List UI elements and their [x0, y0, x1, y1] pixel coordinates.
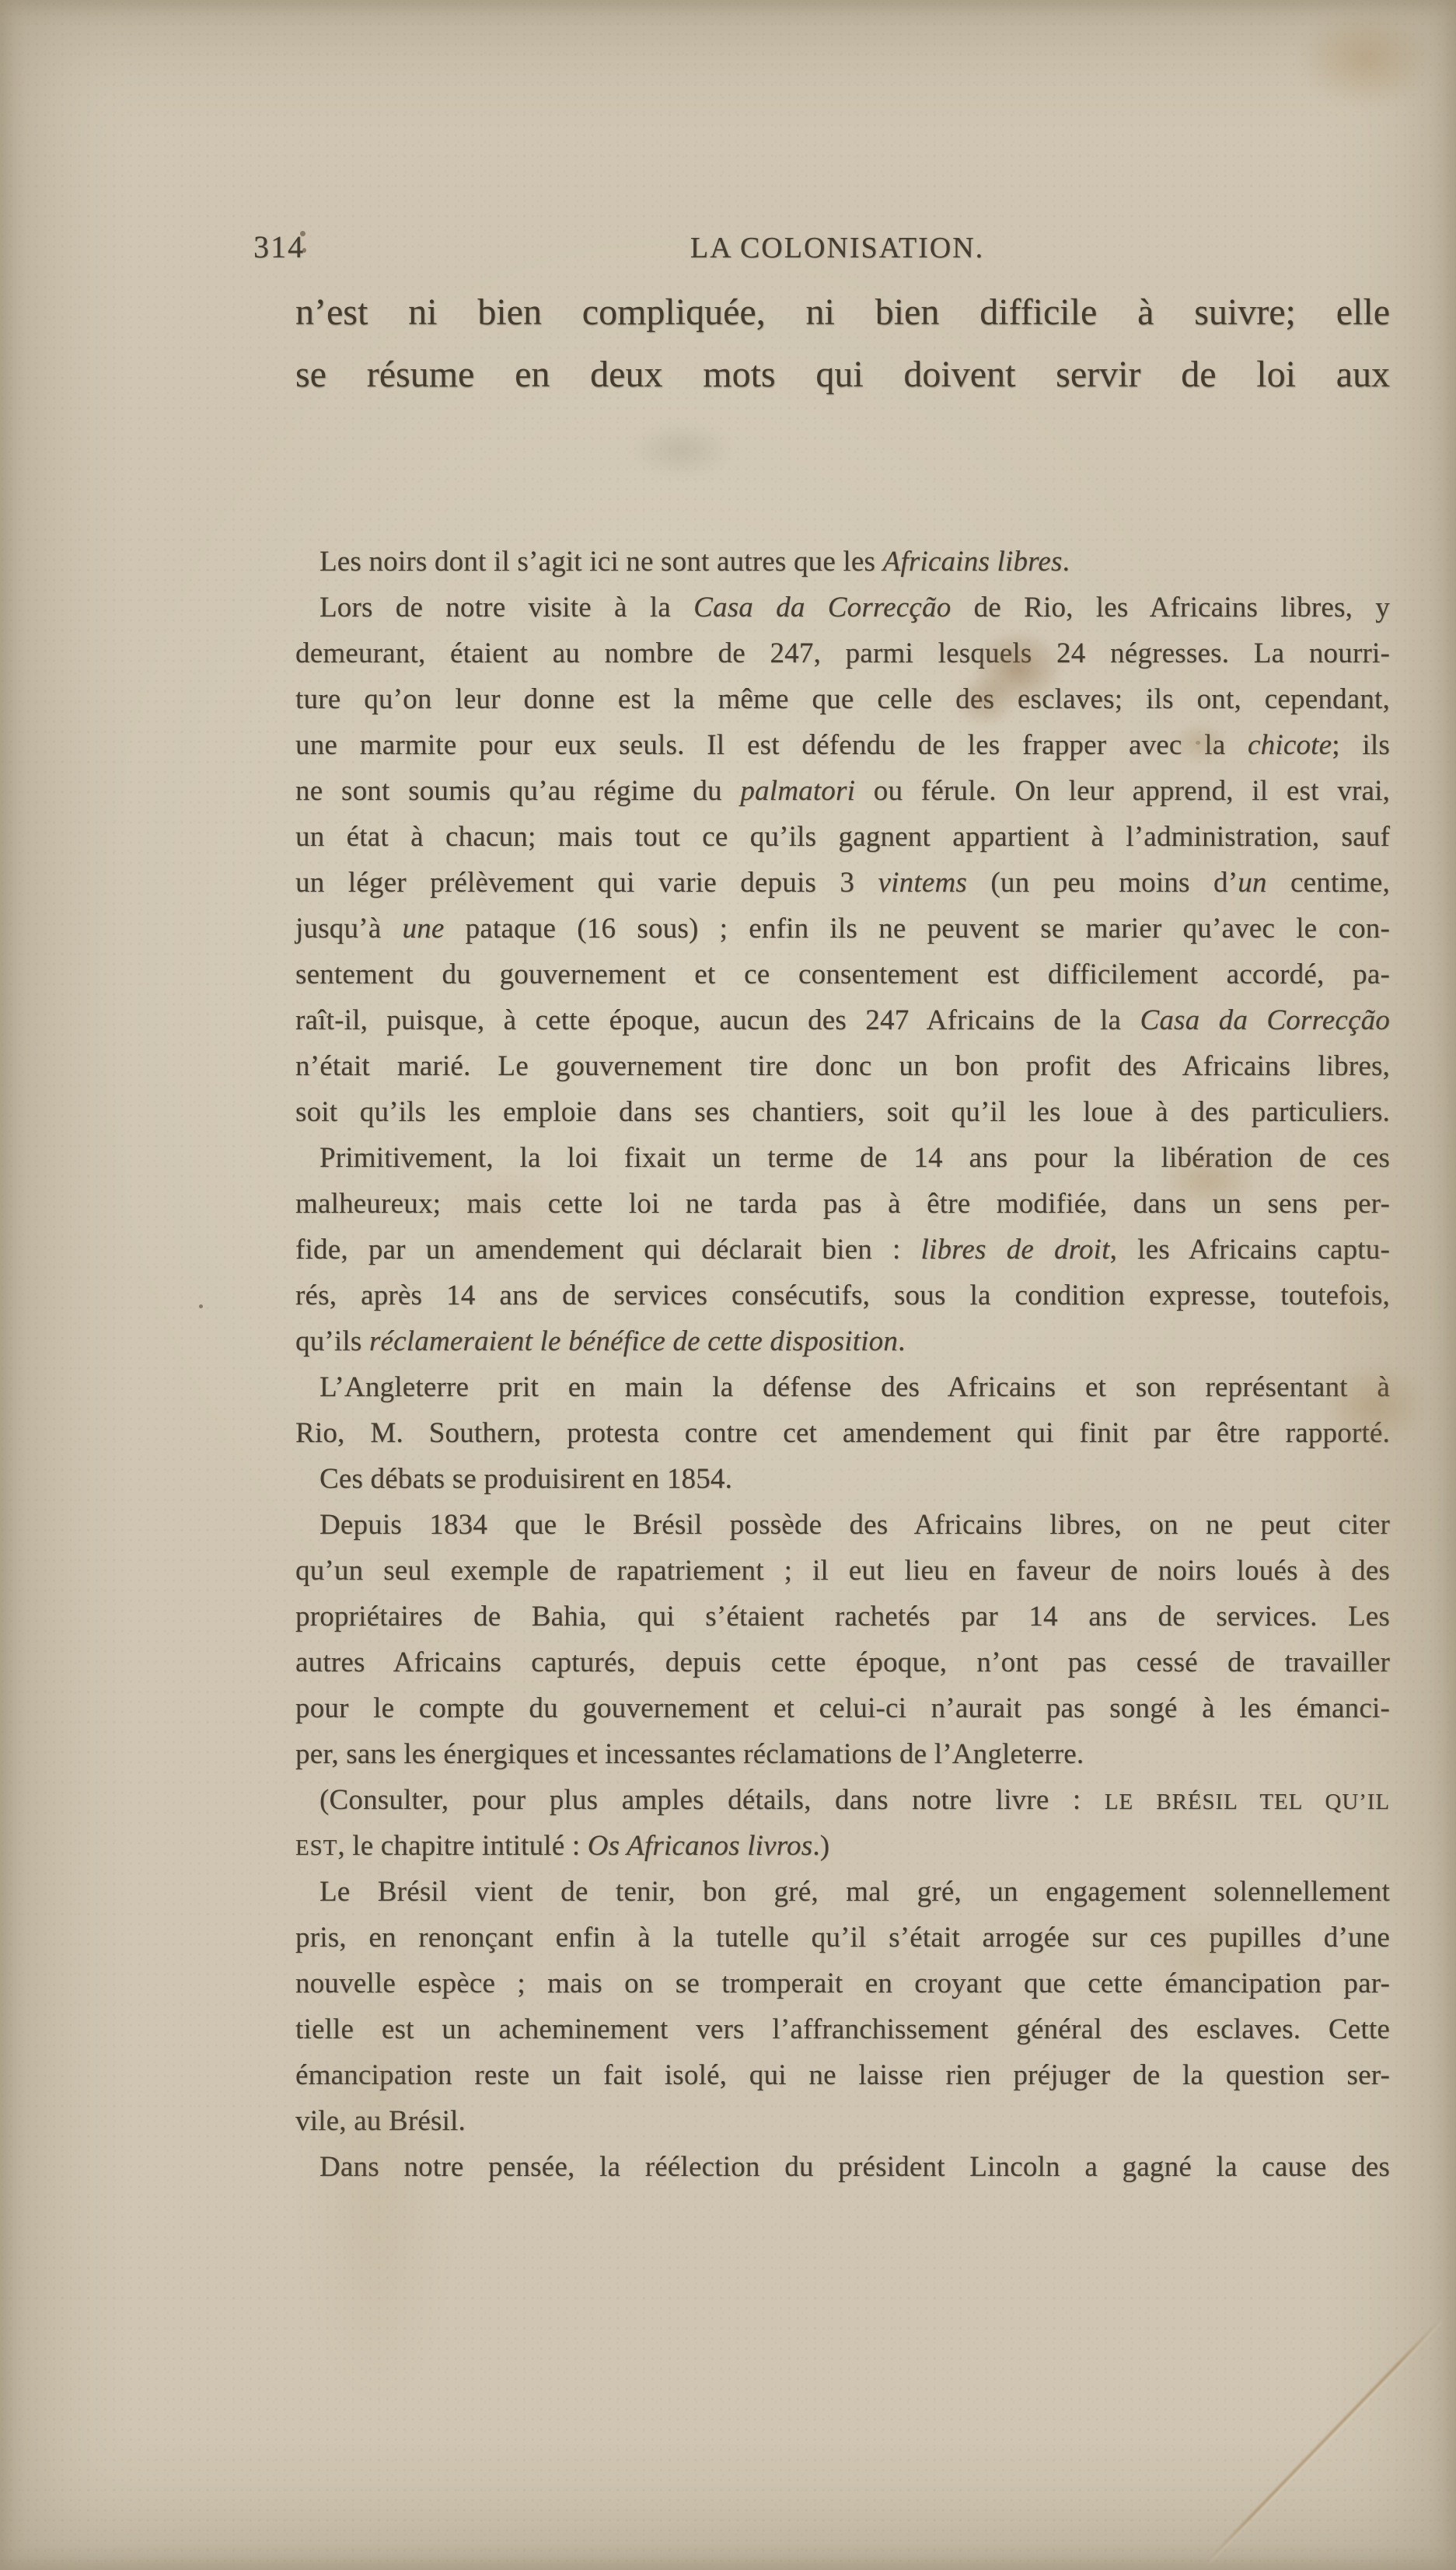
paper-speck: [199, 1304, 203, 1308]
text-segment: rés, après 14 ans de services consécutif…: [295, 1280, 1390, 1311]
text-segment: Casa da Correcção: [1140, 1004, 1390, 1036]
text-segment: un: [1238, 867, 1266, 899]
text-segment: vile, au Brésil.: [295, 2105, 466, 2137]
text-segment: ou férule. On leur apprend, il est vrai,: [855, 775, 1390, 807]
lede-paragraph: n’est ni bien compliquée, ni bien diffic…: [295, 281, 1390, 406]
text-segment: ne sont soumis qu’au régime du: [295, 775, 740, 807]
text-line: demeurant, étaient au nombre de 247, par…: [295, 630, 1390, 676]
text-line: Les noirs dont il s’agit ici ne sont aut…: [295, 539, 1390, 585]
text-line: propriétaires de Bahia, qui s’étaient ra…: [295, 1594, 1390, 1639]
text-segment: Rio, M. Southern, protesta contre cet am…: [295, 1417, 1390, 1449]
text-segment: malheureux; mais cette loi ne tarda pas …: [295, 1188, 1390, 1220]
text-segment: ture qu’on leur donne est la même que ce…: [295, 683, 1390, 715]
body-text: Les noirs dont il s’agit ici ne sont aut…: [295, 539, 1390, 2190]
text-segment: .): [812, 1830, 829, 1862]
text-segment: sentement du gouvernement et ce consente…: [295, 959, 1390, 990]
text-segment: chicote: [1248, 729, 1332, 761]
running-title: LA COLONISATION.: [604, 231, 1070, 265]
running-header: 314 LA COLONISATION.: [0, 229, 1456, 267]
text-line: (Consulter, pour plus amples détails, da…: [295, 1777, 1390, 1823]
book-page-scan: 314 LA COLONISATION. n’est ni bien compl…: [0, 0, 1456, 2570]
text-segment: jusqu’à: [295, 913, 402, 945]
text-segment: Les noirs dont il s’agit ici ne sont aut…: [319, 546, 883, 578]
text-segment: per, sans les énergiques et incessantes …: [295, 1738, 1084, 1770]
text-line: nouvelle espèce ; mais on se tromperait …: [295, 1961, 1390, 2006]
text-line: per, sans les énergiques et incessantes …: [295, 1731, 1390, 1777]
text-segment: .: [1063, 546, 1070, 578]
text-segment: un léger prélèvement qui varie depuis 3: [295, 867, 878, 899]
text-line: sentement du gouvernement et ce consente…: [295, 952, 1390, 997]
text-line: ture qu’on leur donne est la même que ce…: [295, 676, 1390, 722]
text-segment: Lors de notre visite à la: [319, 592, 693, 623]
text-line: qu’un seul exemple de rapatriement ; il …: [295, 1548, 1390, 1594]
text-segment: de Rio, les Africains libres, y: [951, 592, 1390, 623]
text-segment: qu’ils: [295, 1325, 369, 1357]
text-line: n’était marié. Le gouvernement tire donc…: [295, 1043, 1390, 1089]
text-line: malheureux; mais cette loi ne tarda pas …: [295, 1181, 1390, 1227]
text-segment: n’était marié. Le gouvernement tire donc…: [295, 1050, 1390, 1082]
text-segment: L’Angleterre prit en main la défense des…: [319, 1371, 1390, 1403]
text-segment: un état à chacun; mais tout ce qu’ils ga…: [295, 821, 1390, 853]
text-line: Lors de notre visite à la Casa da Correc…: [295, 585, 1390, 630]
text-segment: pour le compte du gouvernement et celui-…: [295, 1692, 1390, 1724]
text-segment: réclameraient le bénéfice de cette dispo…: [369, 1325, 898, 1357]
text-segment: demeurant, étaient au nombre de 247, par…: [295, 637, 1390, 669]
text-line: Primitivement, la loi fixait un terme de…: [295, 1135, 1390, 1181]
text-line: une marmite pour eux seuls. Il est défen…: [295, 722, 1390, 768]
page-number: 314: [253, 229, 305, 265]
text-line: L’Angleterre prit en main la défense des…: [295, 1364, 1390, 1410]
text-segment: Le Brésil vient de tenir, bon gré, mal g…: [319, 1876, 1390, 1908]
text-line: raît-il, puisque, à cette époque, aucun …: [295, 997, 1390, 1043]
text-segment: (un peu moins d’: [967, 867, 1238, 899]
text-line: rés, après 14 ans de services consécutif…: [295, 1273, 1390, 1318]
paper-crease: [1206, 2320, 1441, 2562]
lede-line: n’est ni bien compliquée, ni bien diffic…: [295, 281, 1390, 344]
text-segment: nouvelle espèce ; mais on se tromperait …: [295, 1968, 1390, 1999]
text-line: fide, par un amendement qui déclarait bi…: [295, 1227, 1390, 1273]
text-line: ne sont soumis qu’au régime du palmatori…: [295, 768, 1390, 814]
text-segment: une: [402, 913, 444, 945]
text-segment: (Consulter, pour plus amples détails, da…: [319, 1784, 1105, 1816]
text-segment: libres de droit: [920, 1234, 1109, 1266]
paper-stain: [1300, 11, 1432, 108]
text-segment: propriétaires de Bahia, qui s’étaient ra…: [295, 1601, 1390, 1632]
text-line: vile, au Brésil.: [295, 2098, 1390, 2144]
text-line: pour le compte du gouvernement et celui-…: [295, 1685, 1390, 1731]
text-line: soit qu’ils les emploie dans ses chantie…: [295, 1089, 1390, 1135]
text-segment: Primitivement, la loi fixait un terme de…: [319, 1142, 1390, 1174]
text-segment: Casa da Correcção: [693, 592, 951, 623]
text-segment: EST: [295, 1835, 337, 1860]
text-segment: une marmite pour eux seuls. Il est défen…: [295, 729, 1248, 761]
text-segment: qu’un seul exemple de rapatriement ; il …: [295, 1555, 1390, 1587]
paper-stain: [631, 424, 732, 477]
text-segment: ; ils: [1332, 729, 1390, 761]
text-line: un état à chacun; mais tout ce qu’ils ga…: [295, 814, 1390, 860]
text-segment: LE BRÉSIL TEL QU’IL: [1105, 1790, 1390, 1814]
text-line: Ces débats se produisirent en 1854.: [295, 1456, 1390, 1502]
text-segment: centime,: [1267, 867, 1390, 899]
text-line: pris, en renonçant enfin à la tutelle qu…: [295, 1915, 1390, 1961]
text-line: Depuis 1834 que le Brésil possède des Af…: [295, 1502, 1390, 1548]
text-segment: , les Africains captu-: [1110, 1234, 1390, 1266]
text-line: jusqu’à une pataque (16 sous) ; enfin il…: [295, 906, 1390, 952]
text-segment: tielle est un acheminement vers l’affran…: [295, 2013, 1390, 2045]
text-line: qu’ils réclameraient le bénéfice de cett…: [295, 1318, 1390, 1364]
text-line: un léger prélèvement qui varie depuis 3 …: [295, 860, 1390, 906]
text-segment: .: [898, 1325, 905, 1357]
text-segment: fide, par un amendement qui déclarait bi…: [295, 1234, 920, 1266]
text-segment: pataque (16 sous) ; enfin ils ne peuvent…: [445, 913, 1390, 945]
text-segment: Depuis 1834 que le Brésil possède des Af…: [319, 1509, 1390, 1541]
text-segment: vintems: [878, 867, 967, 899]
text-segment: , le chapitre intitulé :: [337, 1830, 587, 1862]
text-segment: palmatori: [740, 775, 855, 807]
text-line: autres Africains capturés, depuis cette …: [295, 1639, 1390, 1685]
lede-line: se résume en deux mots qui doivent servi…: [295, 344, 1390, 406]
text-segment: Dans notre pensée, la réélection du prés…: [319, 2151, 1390, 2183]
text-segment: soit qu’ils les emploie dans ses chantie…: [295, 1096, 1390, 1128]
text-segment: émancipation reste un fait isolé, qui ne…: [295, 2059, 1390, 2091]
text-line: Le Brésil vient de tenir, bon gré, mal g…: [295, 1869, 1390, 1915]
text-line: émancipation reste un fait isolé, qui ne…: [295, 2052, 1390, 2098]
text-segment: pris, en renonçant enfin à la tutelle qu…: [295, 1922, 1390, 1954]
text-line: Dans notre pensée, la réélection du prés…: [295, 2144, 1390, 2190]
text-segment: Ces débats se produisirent en 1854.: [319, 1463, 732, 1495]
text-line: EST, le chapitre intitulé : Os Africanos…: [295, 1823, 1390, 1869]
text-line: tielle est un acheminement vers l’affran…: [295, 2006, 1390, 2052]
text-segment: raît-il, puisque, à cette époque, aucun …: [295, 1004, 1140, 1036]
text-line: Rio, M. Southern, protesta contre cet am…: [295, 1410, 1390, 1456]
text-segment: Africains libres: [883, 546, 1063, 578]
text-segment: autres Africains capturés, depuis cette …: [295, 1646, 1390, 1678]
text-segment: Os Africanos livros: [588, 1830, 813, 1862]
